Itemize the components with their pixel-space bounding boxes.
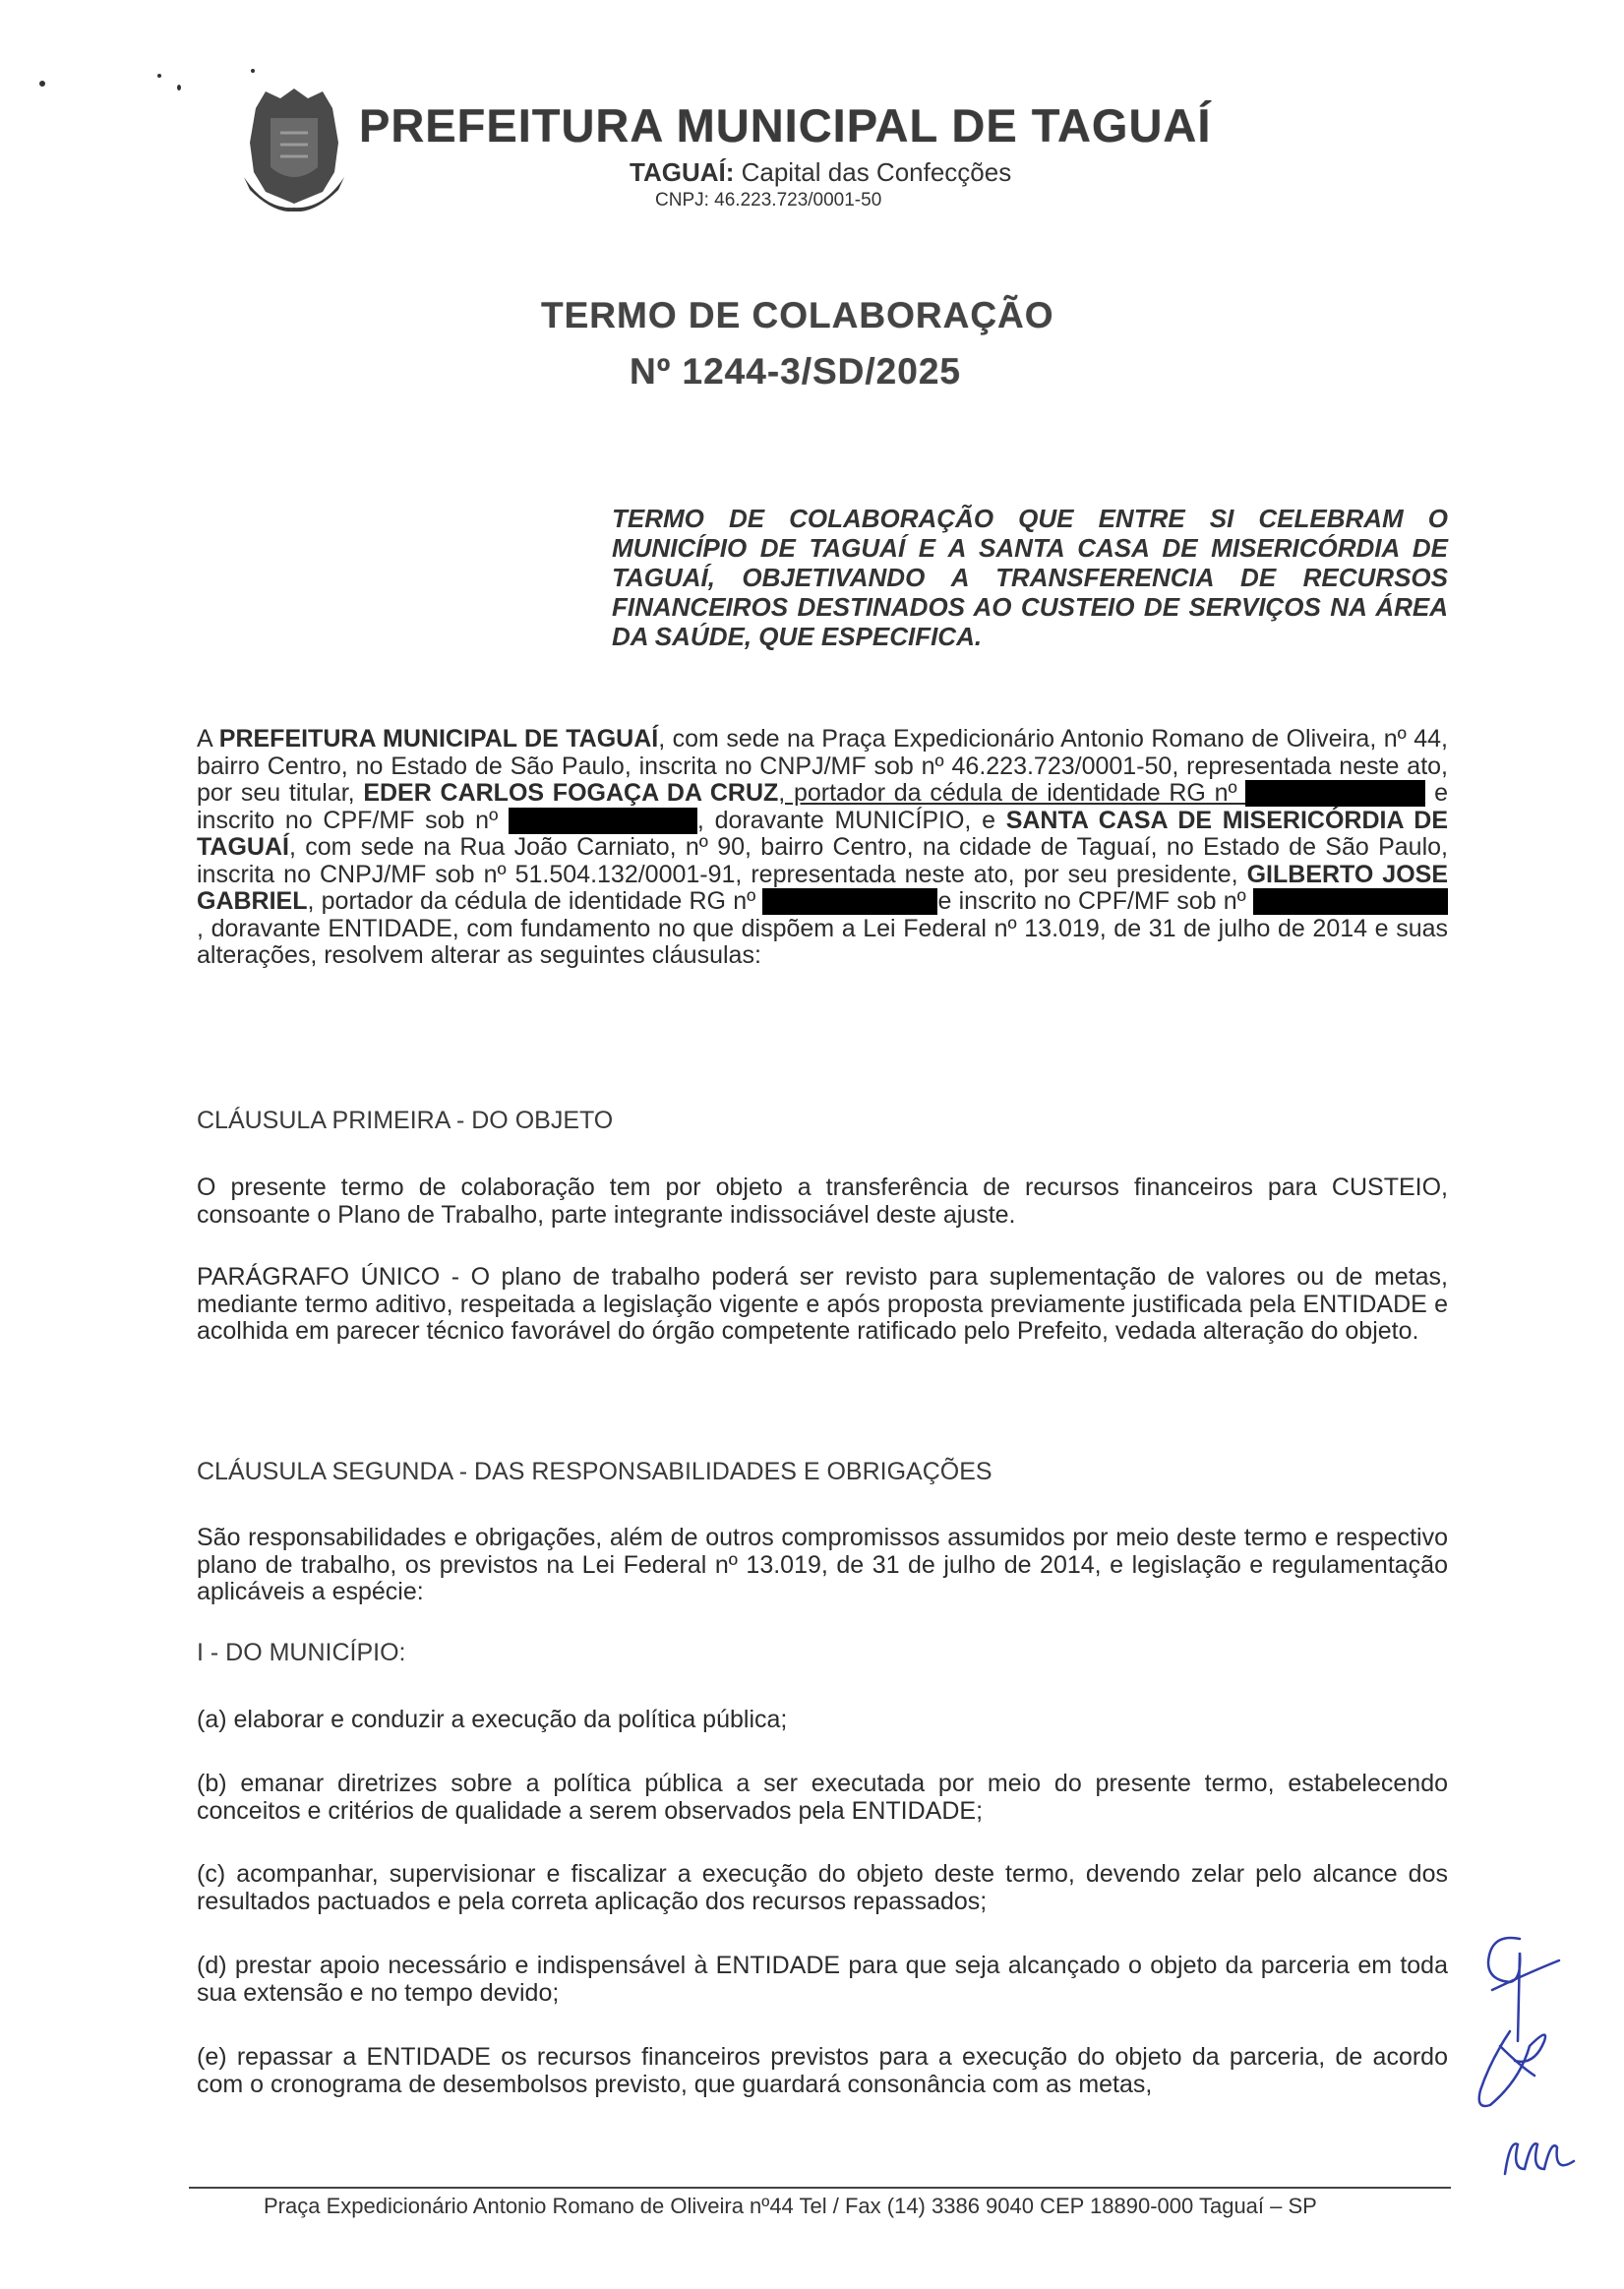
document-number: Nº 1244-3/SD/2025 <box>630 351 961 392</box>
preamble-text: , portador da cédula de identidade RG nº <box>308 887 763 915</box>
clause-1-paragraph: PARÁGRAFO ÚNICO - O plano de trabalho po… <box>197 1264 1448 1346</box>
preamble-text: e inscrito no CPF/MF sob nº <box>937 887 1253 915</box>
slogan: TAGUAÍ: Capital das Confecções <box>630 157 1011 188</box>
redaction-box <box>1253 888 1448 915</box>
footer-divider <box>189 2187 1451 2189</box>
ementa: TERMO DE COLABORAÇÃO QUE ENTRE SI CELEBR… <box>612 504 1448 651</box>
footer-address: Praça Expedicionário Antonio Romano de O… <box>264 2194 1317 2219</box>
redaction-box <box>1245 780 1425 807</box>
party-municipio: PREFEITURA MUNICIPAL DE TAGUAÍ <box>219 725 658 753</box>
list-item: (e) repassar a ENTIDADE os recursos fina… <box>197 2044 1448 2098</box>
preamble-text: A <box>197 725 219 753</box>
scan-speck <box>157 74 161 78</box>
clause-2-intro: São responsabilidades e obrigações, além… <box>197 1525 1448 1606</box>
list-item: (d) prestar apoio necessário e indispens… <box>197 1953 1448 2007</box>
list-item: (b) emanar diretrizes sobre a política p… <box>197 1771 1448 1825</box>
mayor-name: EDER CARLOS FOGAÇA DA CRUZ <box>363 779 778 807</box>
preamble-text: , doravante MUNICÍPIO, e <box>697 807 1006 834</box>
scan-speck <box>39 81 45 87</box>
scan-speck <box>251 69 255 73</box>
initials-icon <box>1451 1933 1608 2179</box>
crest-icon <box>236 84 352 211</box>
preamble-text: , doravante ENTIDADE, com fundamento no … <box>197 915 1448 970</box>
list-item: (c) acompanhar, supervisionar e fiscaliz… <box>197 1861 1448 1915</box>
preamble-text: , portador da cédula de identidade RG nº <box>778 779 1245 807</box>
clause-1-heading: CLÁUSULA PRIMEIRA - DO OBJETO <box>197 1107 613 1135</box>
redaction-box <box>762 888 937 915</box>
org-cnpj: CNPJ: 46.223.723/0001-50 <box>655 190 881 211</box>
clause-1-text: O presente termo de colaboração tem por … <box>197 1175 1448 1229</box>
document-title: TERMO DE COLABORAÇÃO <box>541 295 1054 336</box>
list-item: (a) elaborar e conduzir a execução da po… <box>197 1707 1448 1734</box>
scan-speck <box>177 85 181 90</box>
redaction-box <box>509 808 697 834</box>
slogan-city: TAGUAÍ: <box>630 157 734 187</box>
clause-2-section: I - DO MUNICÍPIO: <box>197 1639 406 1667</box>
preamble: A PREFEITURA MUNICIPAL DE TAGUAÍ, com se… <box>197 726 1448 970</box>
slogan-text: Capital das Confecções <box>734 157 1011 187</box>
org-name: PREFEITURA MUNICIPAL DE TAGUAÍ <box>359 98 1343 152</box>
clause-2-heading: CLÁUSULA SEGUNDA - DAS RESPONSABILIDADES… <box>197 1458 992 1486</box>
